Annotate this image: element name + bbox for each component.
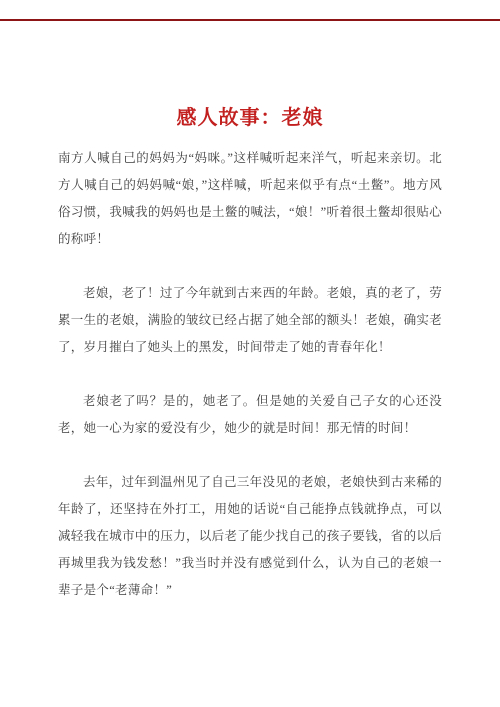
paragraph: 老娘，老了！过了今年就到古来西的年龄。老娘，真的老了，劳累一生的老娘，满脸的皱纹… xyxy=(58,280,442,361)
document-body: 南方人喊自己的妈妈为“妈咪。”这样喊听起来洋气，听起来亲切。北方人喊自己的妈妈喊… xyxy=(58,145,442,604)
paragraph: 去年，过年到温州见了自己三年没见的老娘，老娘快到古来稀的年龄了，还坚持在外打工，… xyxy=(58,469,442,604)
paragraph: 南方人喊自己的妈妈为“妈咪。”这样喊听起来洋气，听起来亲切。北方人喊自己的妈妈喊… xyxy=(58,145,442,253)
top-border-rule xyxy=(0,19,500,21)
paragraph: 老娘老了吗？是的，她老了。但是她的关爱自己子女的心还没老，她一心为家的爱没有少，… xyxy=(58,388,442,442)
document-page: 感人故事：老娘 南方人喊自己的妈妈为“妈咪。”这样喊听起来洋气，听起来亲切。北方… xyxy=(0,0,500,707)
